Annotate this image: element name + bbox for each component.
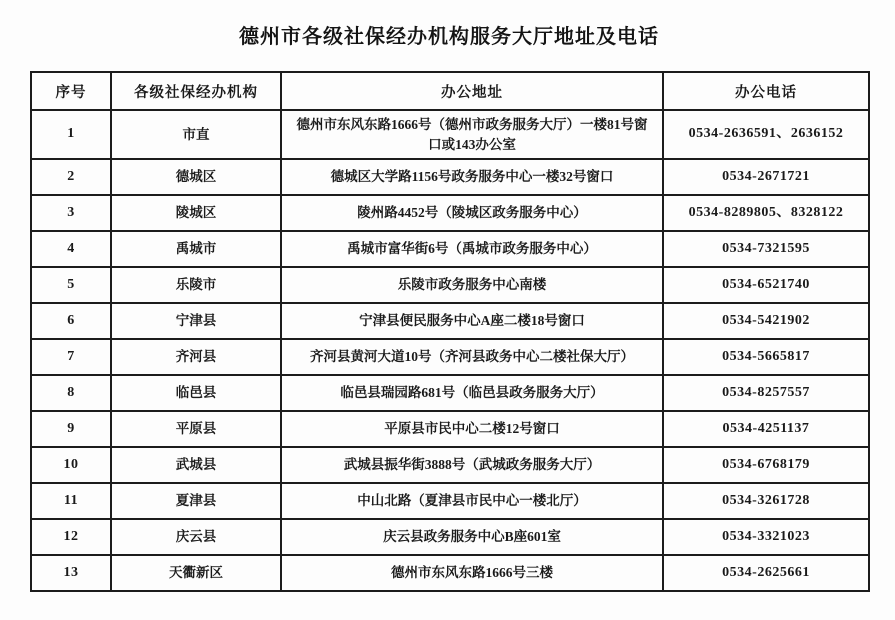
table-header-row: 序号 各级社保经办机构 办公地址 办公电话 [31, 72, 869, 110]
phone-cell: 0534-6768179 [663, 447, 869, 483]
agency-cell: 平原县 [111, 411, 281, 447]
serial-number-cell: 11 [31, 483, 111, 519]
agency-cell: 陵城区 [111, 195, 281, 231]
table-row: 4禹城市禹城市富华街6号（禹城市政务服务中心）0534-7321595 [31, 231, 869, 267]
serial-number-cell: 5 [31, 267, 111, 303]
agency-cell: 市直 [111, 110, 281, 159]
serial-number-cell: 10 [31, 447, 111, 483]
phone-cell: 0534-3261728 [663, 483, 869, 519]
phone-cell: 0534-6521740 [663, 267, 869, 303]
document-page: 德州市各级社保经办机构服务大厅地址及电话 序号 各级社保经办机构 办公地址 办公… [0, 0, 895, 620]
table-row: 1市直德州市东风东路1666号（德州市政务服务大厅）一楼81号窗口或143办公室… [31, 110, 869, 159]
agency-cell: 临邑县 [111, 375, 281, 411]
serial-number-cell: 1 [31, 110, 111, 159]
address-cell: 陵州路4452号（陵城区政务服务中心） [281, 195, 663, 231]
serial-number-cell: 7 [31, 339, 111, 375]
address-cell: 中山北路（夏津县市民中心一楼北厅） [281, 483, 663, 519]
address-cell: 武城县振华街3888号（武城政务服务大厅） [281, 447, 663, 483]
table-row: 11夏津县中山北路（夏津县市民中心一楼北厅）0534-3261728 [31, 483, 869, 519]
address-cell: 临邑县瑞园路681号（临邑县政务服务大厅） [281, 375, 663, 411]
agency-cell: 夏津县 [111, 483, 281, 519]
table-row: 8临邑县临邑县瑞园路681号（临邑县政务服务大厅）0534-8257557 [31, 375, 869, 411]
page-title: 德州市各级社保经办机构服务大厅地址及电话 [30, 20, 868, 49]
serial-number-cell: 6 [31, 303, 111, 339]
serial-number-cell: 8 [31, 375, 111, 411]
address-cell: 平原县市民中心二楼12号窗口 [281, 411, 663, 447]
serial-number-cell: 2 [31, 159, 111, 195]
phone-cell: 0534-2636591、2636152 [663, 110, 869, 159]
phone-cell: 0534-8289805、8328122 [663, 195, 869, 231]
address-cell: 宁津县便民服务中心A座二楼18号窗口 [281, 303, 663, 339]
address-cell: 德城区大学路1156号政务服务中心一楼32号窗口 [281, 159, 663, 195]
table-row: 12庆云县庆云县政务服务中心B座601室0534-3321023 [31, 519, 869, 555]
table-body: 1市直德州市东风东路1666号（德州市政务服务大厅）一楼81号窗口或143办公室… [31, 110, 869, 591]
phone-cell: 0534-8257557 [663, 375, 869, 411]
agency-cell: 宁津县 [111, 303, 281, 339]
col-header-serial-number: 序号 [31, 72, 111, 110]
table-header: 序号 各级社保经办机构 办公地址 办公电话 [31, 72, 869, 110]
table-row: 10武城县武城县振华街3888号（武城政务服务大厅）0534-6768179 [31, 447, 869, 483]
phone-cell: 0534-5421902 [663, 303, 869, 339]
address-cell: 庆云县政务服务中心B座601室 [281, 519, 663, 555]
address-cell: 德州市东风东路1666号（德州市政务服务大厅）一楼81号窗口或143办公室 [281, 110, 663, 159]
col-header-agency: 各级社保经办机构 [111, 72, 281, 110]
table-row: 13天衢新区德州市东风东路1666号三楼0534-2625661 [31, 555, 869, 591]
agency-cell: 齐河县 [111, 339, 281, 375]
serial-number-cell: 12 [31, 519, 111, 555]
serial-number-cell: 13 [31, 555, 111, 591]
col-header-office-address: 办公地址 [281, 72, 663, 110]
table-row: 3陵城区陵州路4452号（陵城区政务服务中心）0534-8289805、8328… [31, 195, 869, 231]
phone-cell: 0534-2671721 [663, 159, 869, 195]
agency-cell: 武城县 [111, 447, 281, 483]
col-header-office-phone: 办公电话 [663, 72, 869, 110]
table-row: 2德城区德城区大学路1156号政务服务中心一楼32号窗口0534-2671721 [31, 159, 869, 195]
agency-cell: 天衢新区 [111, 555, 281, 591]
phone-cell: 0534-2625661 [663, 555, 869, 591]
phone-cell: 0534-5665817 [663, 339, 869, 375]
address-cell: 乐陵市政务服务中心南楼 [281, 267, 663, 303]
agency-cell: 庆云县 [111, 519, 281, 555]
phone-cell: 0534-4251137 [663, 411, 869, 447]
phone-cell: 0534-7321595 [663, 231, 869, 267]
address-cell: 德州市东风东路1666号三楼 [281, 555, 663, 591]
address-cell: 禹城市富华街6号（禹城市政务服务中心） [281, 231, 663, 267]
table-row: 5乐陵市乐陵市政务服务中心南楼0534-6521740 [31, 267, 869, 303]
serial-number-cell: 9 [31, 411, 111, 447]
phone-cell: 0534-3321023 [663, 519, 869, 555]
address-cell: 齐河县黄河大道10号（齐河县政务中心二楼社保大厅） [281, 339, 663, 375]
serial-number-cell: 4 [31, 231, 111, 267]
agency-cell: 禹城市 [111, 231, 281, 267]
agency-cell: 德城区 [111, 159, 281, 195]
serial-number-cell: 3 [31, 195, 111, 231]
table-row: 9平原县平原县市民中心二楼12号窗口0534-4251137 [31, 411, 869, 447]
table-row: 7齐河县齐河县黄河大道10号（齐河县政务中心二楼社保大厅）0534-566581… [31, 339, 869, 375]
contact-table: 序号 各级社保经办机构 办公地址 办公电话 1市直德州市东风东路1666号（德州… [30, 71, 870, 592]
agency-cell: 乐陵市 [111, 267, 281, 303]
table-row: 6宁津县宁津县便民服务中心A座二楼18号窗口0534-5421902 [31, 303, 869, 339]
